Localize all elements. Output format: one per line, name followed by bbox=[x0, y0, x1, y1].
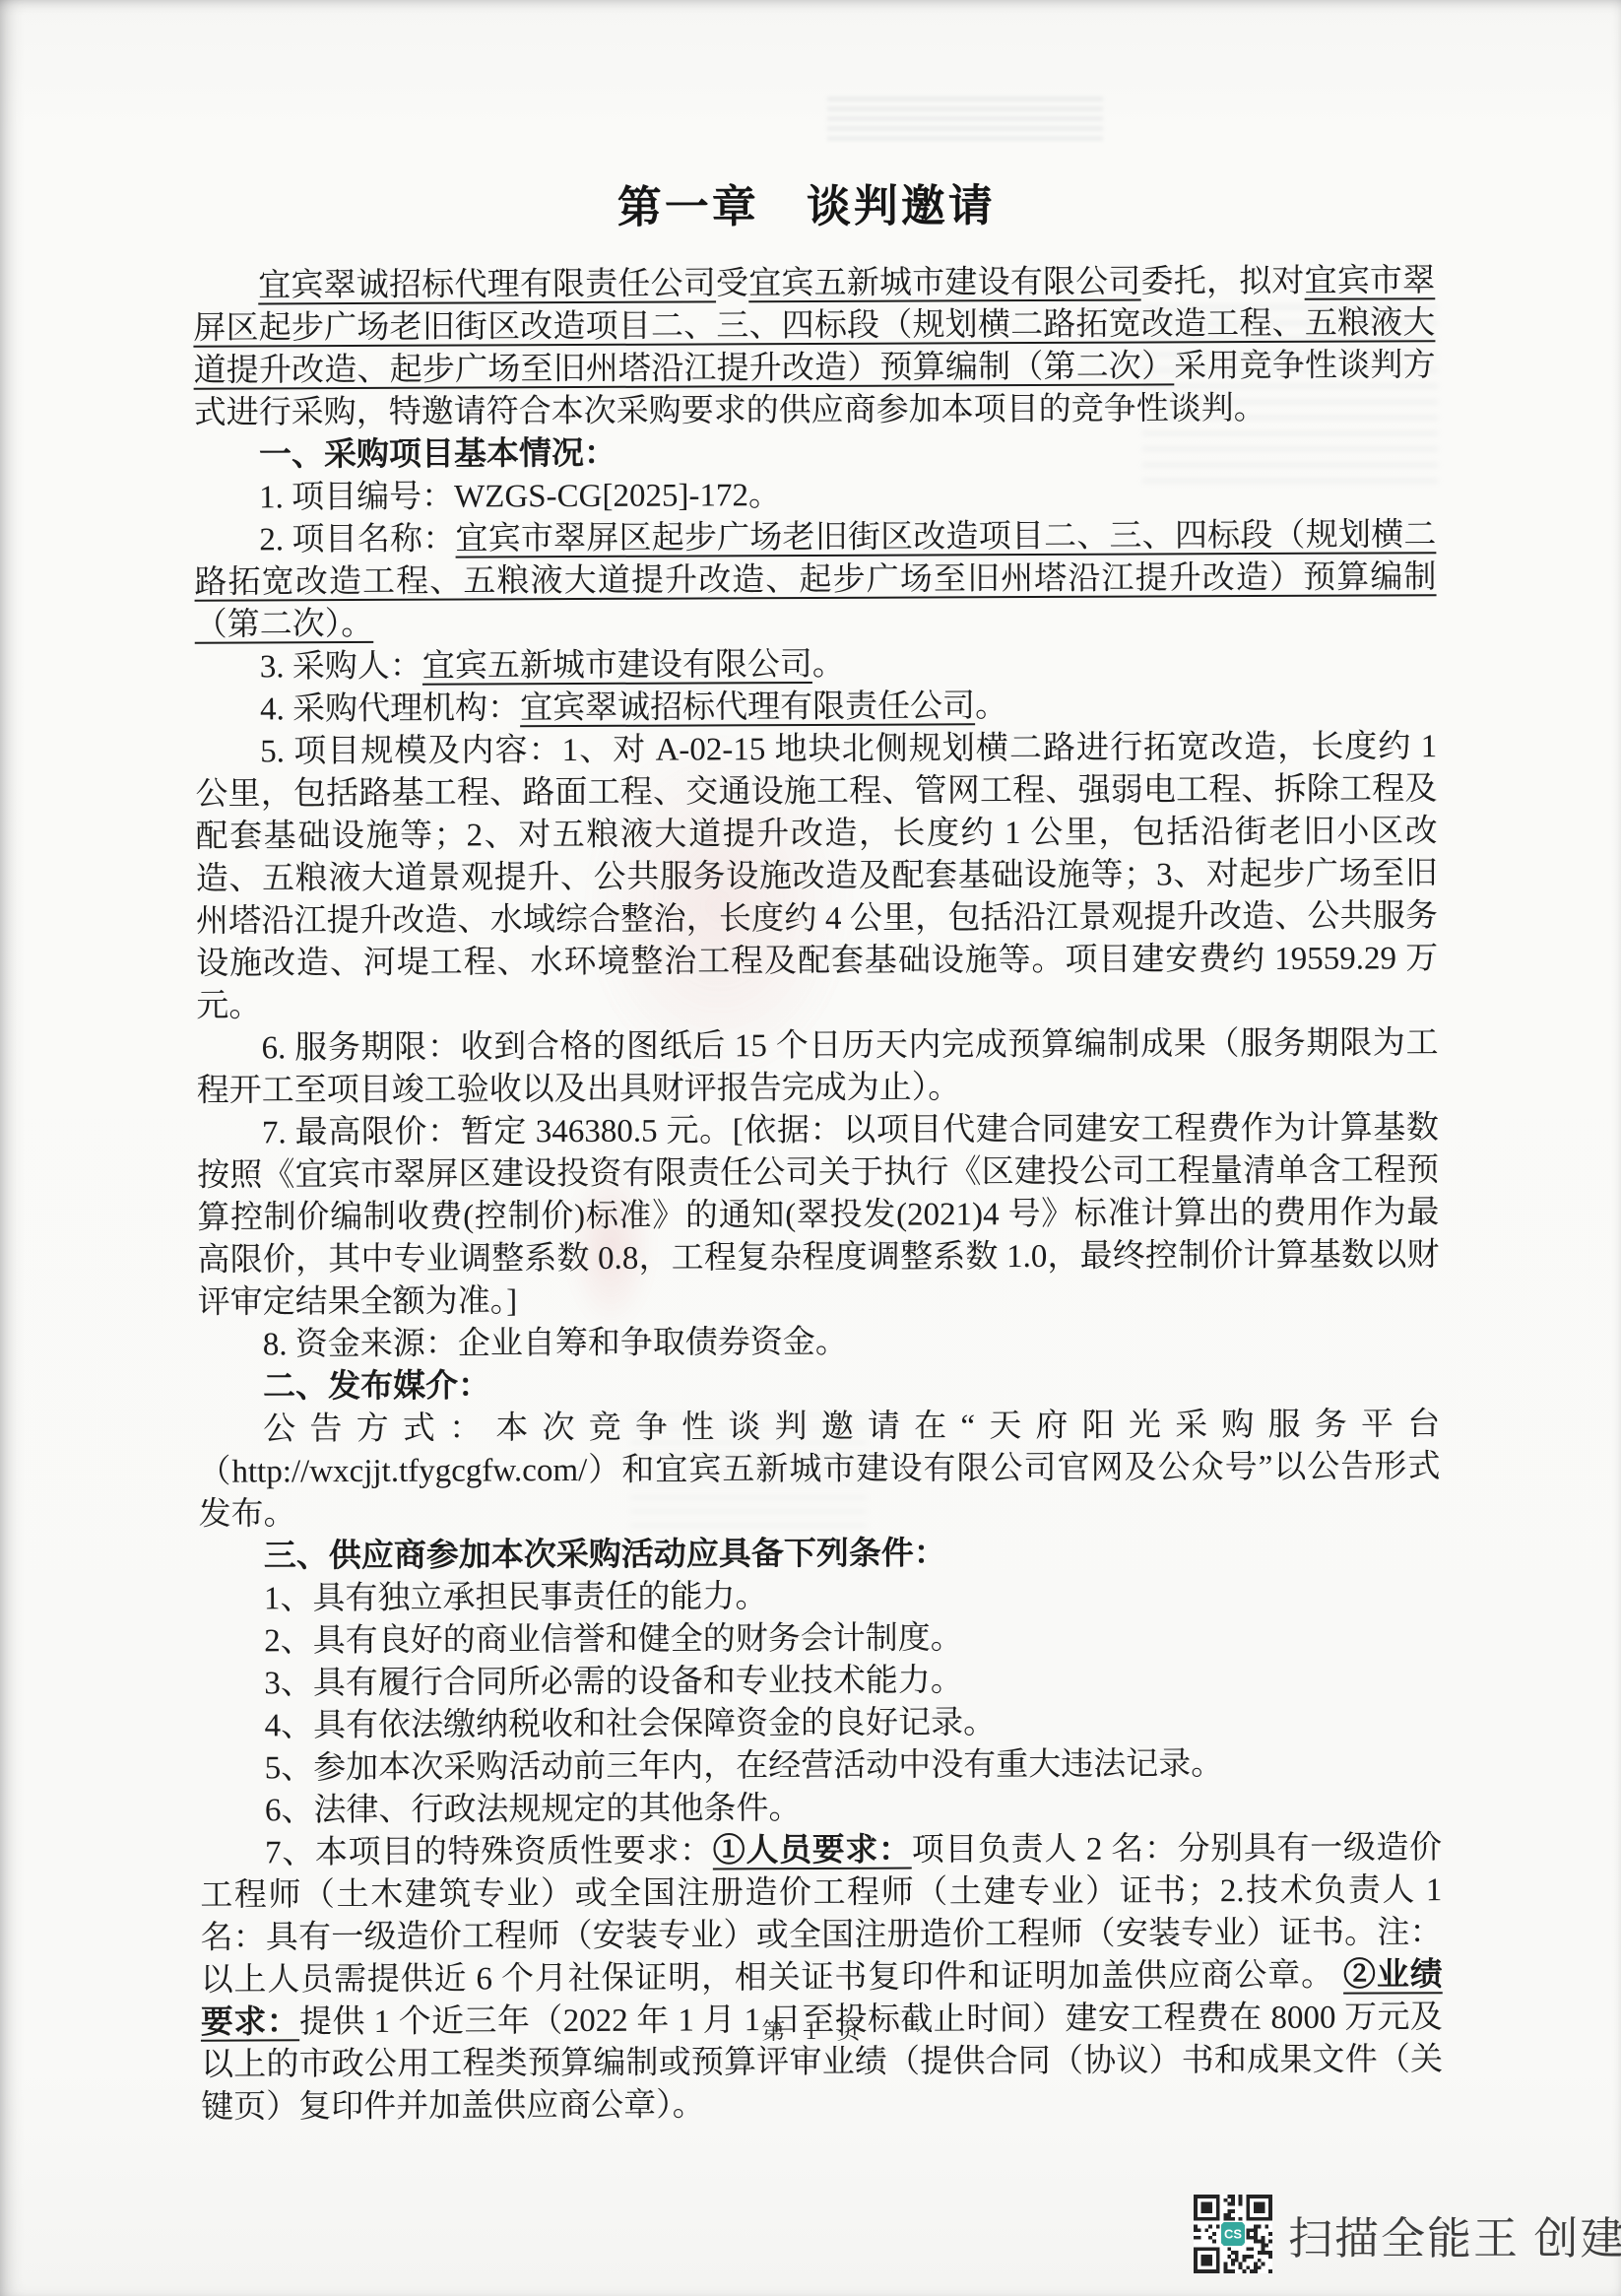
text-segment: 4. 采购代理机构： bbox=[260, 690, 520, 727]
item-agency: 4. 采购代理机构：宜宾翠诚招标代理有限责任公司。 bbox=[195, 684, 1437, 732]
text-segment: 委托，拟对 bbox=[1141, 264, 1305, 300]
announcement-method: 公告方式：本次竞争性谈判邀请在“天府阳光采购服务平台（http://wxcjjt… bbox=[198, 1404, 1441, 1537]
item-project-number: 1. 项目编号：WZGS-CG[2025]-172。 bbox=[194, 472, 1436, 520]
condition-1: 1、具有独立承担民事责任的能力。 bbox=[199, 1573, 1441, 1621]
text-segment: （http://wxcjjt.tfygcgfw.com/） bbox=[198, 1453, 621, 1490]
text-segment: 。 bbox=[812, 647, 845, 683]
text-segment: 宜宾翠诚招标代理有限责任公司 bbox=[258, 266, 716, 303]
condition-4: 4、具有依法缴纳税收和社会保障资金的良好记录。 bbox=[199, 1700, 1441, 1748]
text-segment: 一、采购项目基本情况： bbox=[259, 436, 616, 474]
camscanner-badge-text: CS bbox=[1224, 2227, 1242, 2242]
text-segment: 7. 最高限价：暂定 346380.5 元。[依据：以项目代建合同建安工程费作为… bbox=[197, 1110, 1440, 1321]
item-project-name: 2. 项目名称：宜宾市翠屏区起步广场老旧街区改造项目二、三、四标段（规划横二路拓… bbox=[194, 514, 1437, 647]
scanned-document-page: 第一章 谈判邀请 宜宾翠诚招标代理有限责任公司受宜宾五新城市建设有限公司委托，拟… bbox=[0, 0, 1621, 2296]
text-segment: 6、法律、行政法规规定的其他条件。 bbox=[265, 1791, 802, 1828]
camscanner-qr-code: CS bbox=[1194, 2195, 1272, 2273]
document-body: 宜宾翠诚招标代理有限责任公司受宜宾五新城市建设有限公司委托，拟对宜宾市翠屏区起步… bbox=[193, 260, 1443, 2129]
text-segment: ①人员要求： bbox=[713, 1833, 912, 1870]
text-segment: 2. 项目名称： bbox=[259, 522, 455, 558]
text-segment: 8. 资金来源：企业自筹和争取债券资金。 bbox=[263, 1325, 848, 1363]
camscanner-label: 扫描全能王 创建 bbox=[1288, 2202, 1621, 2266]
text-segment: 2、具有良好的商业信誉和健全的财务会计制度。 bbox=[264, 1620, 963, 1659]
condition-6: 6、法律、行政法规规定的其他条件。 bbox=[200, 1785, 1442, 1833]
text-segment: 1、具有独立承担民事责任的能力。 bbox=[264, 1579, 768, 1616]
section-2-heading: 二、发布媒介： bbox=[198, 1361, 1440, 1410]
text-segment: 宜宾五新城市建设有限公司 bbox=[748, 265, 1141, 302]
condition-2: 2、具有良好的商业信誉和健全的财务会计制度。 bbox=[199, 1615, 1441, 1664]
condition-7-special-qualifications: 7、本项目的特殊资质性要求：①人员要求：项目负责人 2 名：分别具有一级造价工程… bbox=[200, 1827, 1443, 2129]
text-segment: 6. 服务期限：收到合格的图纸后 15 个日历天内完成预算编制成果（服务期限为工… bbox=[197, 1025, 1439, 1109]
text-segment: 5. 项目规模及内容：1、对 A-02-15 地块北侧规划横二路进行拓宽改造，长… bbox=[195, 729, 1438, 1023]
camscanner-watermark: CS 扫描全能王 创建 bbox=[1194, 2195, 1621, 2273]
text-segment: 宜宾翠诚招标代理有限责任公司 bbox=[520, 689, 975, 726]
condition-3: 3、具有履行合同所必需的设备和专业技术能力。 bbox=[199, 1658, 1441, 1706]
text-segment: 公告方式：本次竞争性谈判邀请在“天府阳光采购服务平台 bbox=[263, 1407, 1440, 1447]
intro-paragraph: 宜宾翠诚招标代理有限责任公司受宜宾五新城市建设有限公司委托，拟对宜宾市翠屏区起步… bbox=[193, 260, 1436, 435]
text-segment: 5、参加本次采购活动前三年内，在经营活动中没有重大违法记录。 bbox=[265, 1746, 1224, 1786]
condition-5: 5、参加本次采购活动前三年内，在经营活动中没有重大违法记录。 bbox=[200, 1742, 1442, 1791]
text-segment: 。 bbox=[975, 689, 1007, 724]
text-segment: 受 bbox=[716, 266, 748, 301]
text-segment: 三、供应商参加本次采购活动应具备下列条件： bbox=[264, 1536, 946, 1574]
item-purchaser: 3. 采购人：宜宾五新城市建设有限公司。 bbox=[195, 641, 1437, 689]
item-service-period: 6. 服务期限：收到合格的图纸后 15 个日历天内完成预算编制成果（服务期限为工… bbox=[196, 1022, 1438, 1113]
text-segment: 二、发布媒介： bbox=[263, 1368, 490, 1405]
item-scope: 5. 项目规模及内容：1、对 A-02-15 地块北侧规划横二路进行拓宽改造，长… bbox=[195, 726, 1438, 1027]
chapter-title: 第一章 谈判邀请 bbox=[0, 176, 1617, 236]
text-segment: 宜宾五新城市建设有限公司 bbox=[422, 647, 812, 685]
text-segment: 4、具有依法缴纳税收和社会保障资金的良好记录。 bbox=[264, 1705, 996, 1743]
text-segment: 3. 采购人： bbox=[260, 649, 422, 686]
item-funding: 8. 资金来源：企业自筹和争取债券资金。 bbox=[198, 1319, 1440, 1367]
text-segment: 7、本项目的特殊资质性要求： bbox=[265, 1833, 713, 1870]
page-number: 第 1 页 bbox=[4, 2007, 1621, 2049]
text-segment: 1. 项目编号：WZGS-CG[2025]-172。 bbox=[259, 478, 781, 515]
section-3-heading: 三、供应商参加本次采购活动应具备下列条件： bbox=[199, 1531, 1441, 1579]
section-1-heading: 一、采购项目基本情况： bbox=[194, 429, 1436, 478]
text-segment: 3、具有履行合同所必需的设备和专业技术能力。 bbox=[264, 1663, 963, 1701]
item-price-limit: 7. 最高限价：暂定 346380.5 元。[依据：以项目代建合同建安工程费作为… bbox=[197, 1107, 1440, 1325]
document-content: 第一章 谈判邀请 宜宾翠诚招标代理有限责任公司受宜宾五新城市建设有限公司委托，拟… bbox=[0, 0, 1621, 2296]
